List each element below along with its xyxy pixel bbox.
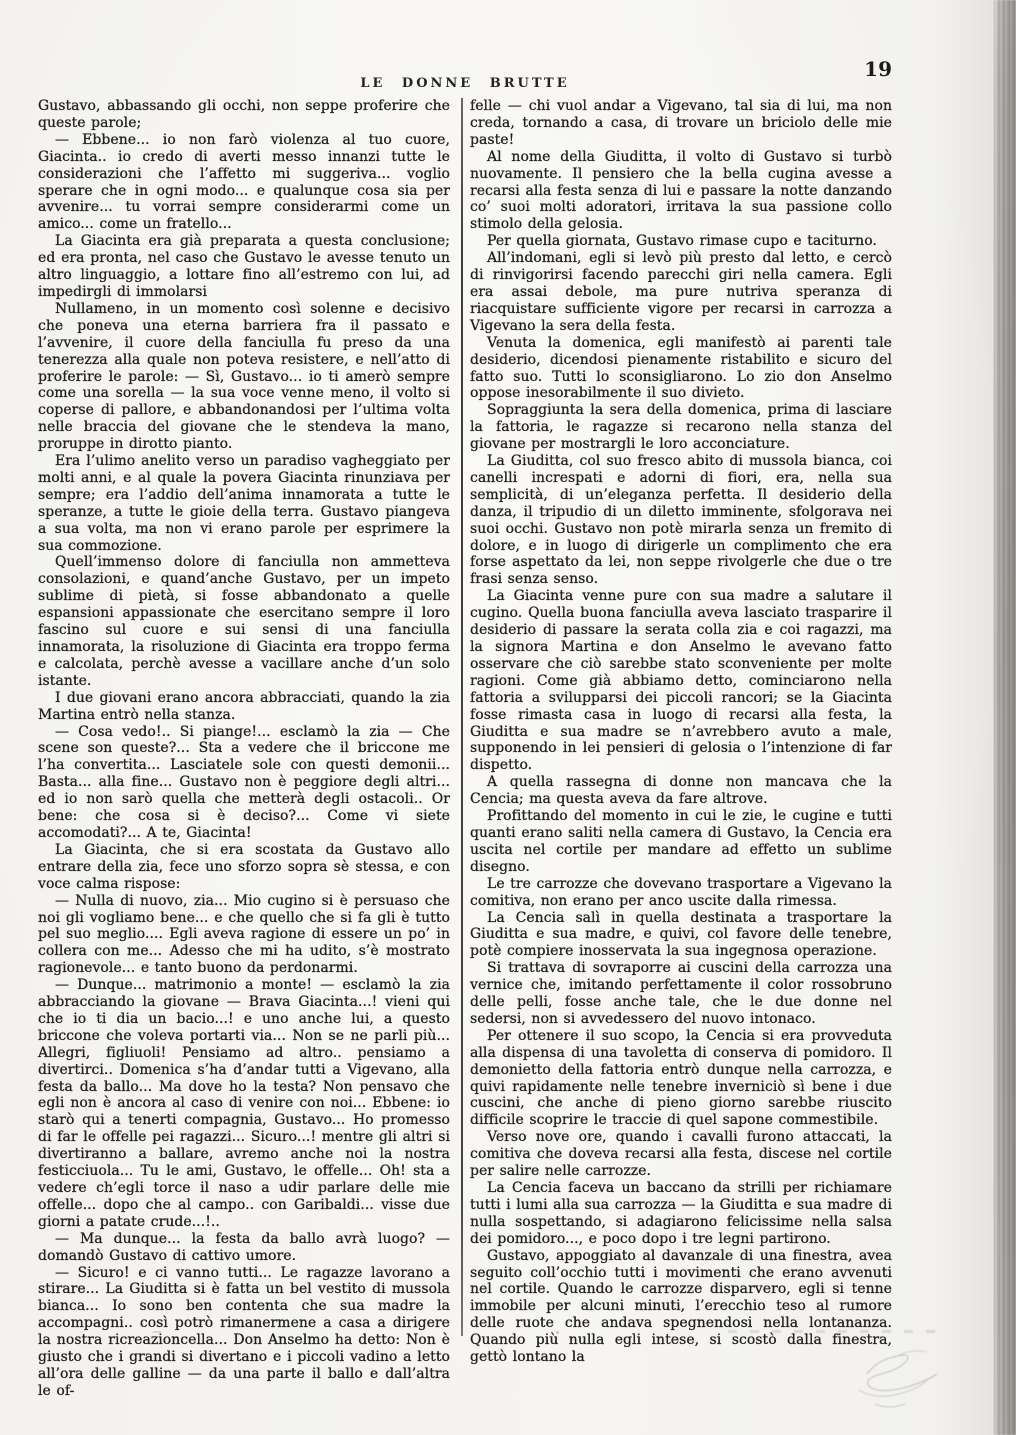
text-column-left: Gustavo, abbassando gli occhi, non seppe… — [38, 98, 450, 1400]
paragraph: All’indomani, egli si levò più presto da… — [470, 250, 892, 335]
paragraph: — Cosa vedo!.. Si piange!... esclamò la … — [38, 724, 450, 842]
paragraph: Per ottenere il suo scopo, la Cencia si … — [470, 1028, 892, 1129]
paragraph: Nullameno, in un momento così solenne e … — [38, 301, 450, 453]
scan-speck — [116, 1376, 121, 1379]
paragraph: La Giacinta era già preparata a questa c… — [38, 233, 450, 301]
paragraph: I due giovani erano ancora abbracciati, … — [38, 690, 450, 724]
paragraph: Per quella giornata, Gustavo rimase cupo… — [470, 233, 892, 250]
book-edge-scan-shadow — [994, 0, 1016, 1435]
paragraph: A quella rassegna di donne non mancava c… — [470, 774, 892, 808]
paragraph: La Giacinta venne pure con sua madre a s… — [470, 588, 892, 774]
paragraph: — Sicuro! e ci vanno tutti... Le ragazze… — [38, 1265, 450, 1400]
paragraph: La Cencia salì in quella destinata a tra… — [470, 910, 892, 961]
scan-speck — [152, 1331, 162, 1333]
running-head-title: LE DONNE BRUTTE — [38, 76, 892, 91]
page-number: 19 — [800, 57, 892, 81]
scan-speck — [556, 1331, 559, 1334]
text-column-right: felle — chi vuol andar a Vigevano, tal s… — [470, 98, 892, 1366]
scanned-book-page: LE DONNE BRUTTE 19 Gustavo, abbassando g… — [0, 0, 1016, 1435]
paragraph: La Giuditta, col suo fresco abito di mus… — [470, 453, 892, 588]
pencil-smudge-mark — [845, 1338, 975, 1428]
paragraph: — Dunque... matrimonio a monte! — esclam… — [38, 977, 450, 1231]
column-divider-rule — [461, 98, 463, 1336]
scan-noise-marks — [728, 1330, 938, 1333]
paragraph: Gustavo, abbassando gli occhi, non seppe… — [38, 98, 450, 132]
paragraph: Era l’ulimo anelito verso un paradiso va… — [38, 453, 450, 554]
paragraph: Profittando del momento in cui le zie, l… — [470, 808, 892, 876]
paragraph: — Ebbene... io non farò violenza al tuo … — [38, 132, 450, 233]
paragraph: Sopraggiunta la sera della domenica, pri… — [470, 402, 892, 453]
paragraph: Gustavo, appoggiato al davanzale di una … — [470, 1248, 892, 1366]
paragraph: La Giacinta, che si era scostata da Gust… — [38, 842, 450, 893]
paragraph: Verso nove ore, quando i cavalli furono … — [470, 1129, 892, 1180]
paragraph: — Ma dunque... la festa da ballo avrà lu… — [38, 1231, 450, 1265]
paragraph: La Cencia faceva un baccano da strilli p… — [470, 1180, 892, 1248]
paragraph: Quell’immenso dolore di fanciulla non am… — [38, 554, 450, 689]
paragraph: Si trattava di sovraporre ai cuscini del… — [470, 960, 892, 1028]
paragraph: Venuta la domenica, egli manifestò ai pa… — [470, 335, 892, 403]
paragraph: Al nome della Giuditta, il volto di Gust… — [470, 149, 892, 234]
paragraph: — Nulla di nuovo, zia... Mio cugino si è… — [38, 893, 450, 978]
paragraph: felle — chi vuol andar a Vigevano, tal s… — [470, 98, 892, 149]
paragraph: Le tre carrozze che dovevano trasportare… — [470, 876, 892, 910]
